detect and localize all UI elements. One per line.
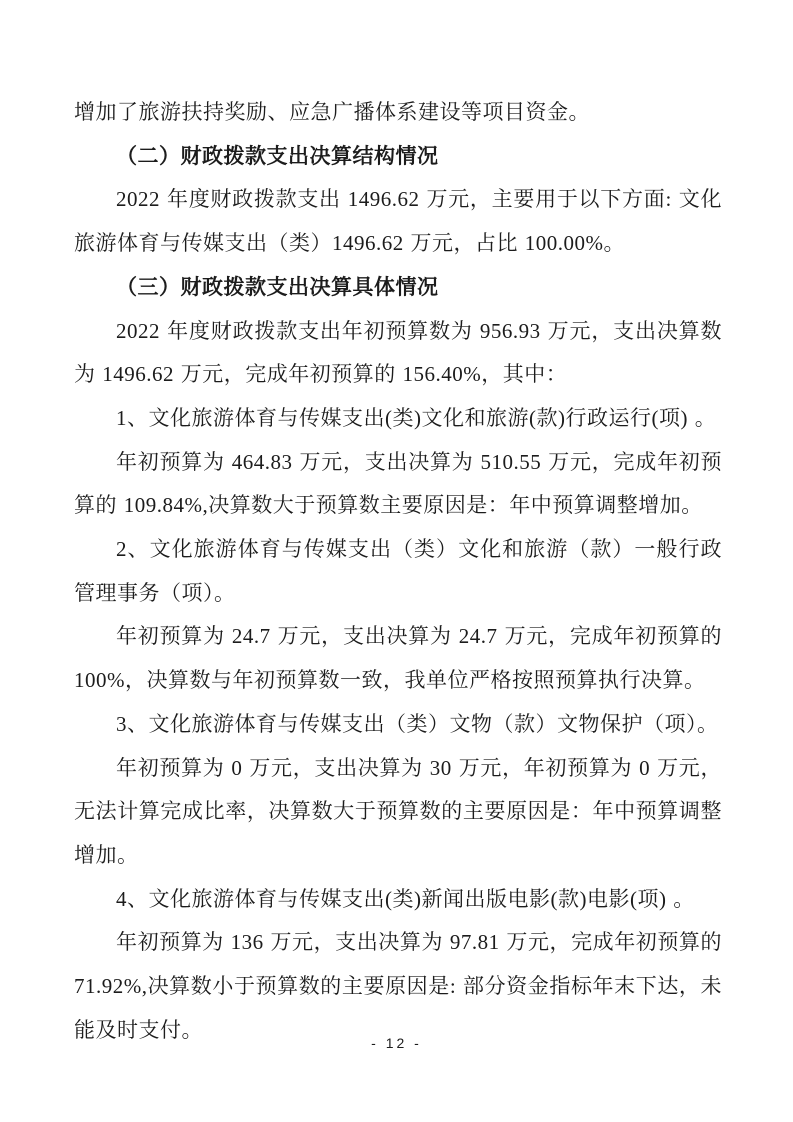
paragraph-continuation: 增加了旅游扶持奖励、应急广播体系建设等项目资金。 bbox=[74, 91, 722, 135]
document-body: 增加了旅游扶持奖励、应急广播体系建设等项目资金。 （二）财政拨款支出决算结构情况… bbox=[74, 91, 722, 1052]
paragraph-item-3-title: 3、文化旅游体育与传媒支出（类）文物（款）文物保护（项）。 bbox=[74, 703, 722, 747]
paragraph-item-4-detail: 年初预算为 136 万元，支出决算为 97.81 万元，完成年初预算的 71.9… bbox=[74, 921, 722, 1052]
page-number: - 12 - bbox=[0, 1035, 793, 1051]
paragraph-detail-overview: 2022 年度财政拨款支出年初预算数为 956.93 万元，支出决算数为 149… bbox=[74, 310, 722, 397]
paragraph-item-2-title: 2、文化旅游体育与传媒支出（类）文化和旅游（款）一般行政管理事务（项）。 bbox=[74, 528, 722, 615]
section-heading-3: （三）财政拨款支出决算具体情况 bbox=[74, 266, 722, 310]
paragraph-item-1-detail: 年初预算为 464.83 万元，支出决算为 510.55 万元，完成年初预算的 … bbox=[74, 441, 722, 528]
paragraph-item-1-title: 1、文化旅游体育与传媒支出(类)文化和旅游(款)行政运行(项) 。 bbox=[74, 397, 722, 441]
paragraph-item-2-detail: 年初预算为 24.7 万元，支出决算为 24.7 万元，完成年初预算的 100%… bbox=[74, 615, 722, 702]
paragraph-item-3-detail: 年初预算为 0 万元，支出决算为 30 万元，年初预算为 0 万元，无法计算完成… bbox=[74, 747, 722, 878]
paragraph-structure-overview: 2022 年度财政拨款支出 1496.62 万元，主要用于以下方面: 文化旅游体… bbox=[74, 178, 722, 265]
document-page: 增加了旅游扶持奖励、应急广播体系建设等项目资金。 （二）财政拨款支出决算结构情况… bbox=[0, 0, 793, 1122]
section-heading-2: （二）财政拨款支出决算结构情况 bbox=[74, 135, 722, 179]
paragraph-item-4-title: 4、文化旅游体育与传媒支出(类)新闻出版电影(款)电影(项) 。 bbox=[74, 878, 722, 922]
